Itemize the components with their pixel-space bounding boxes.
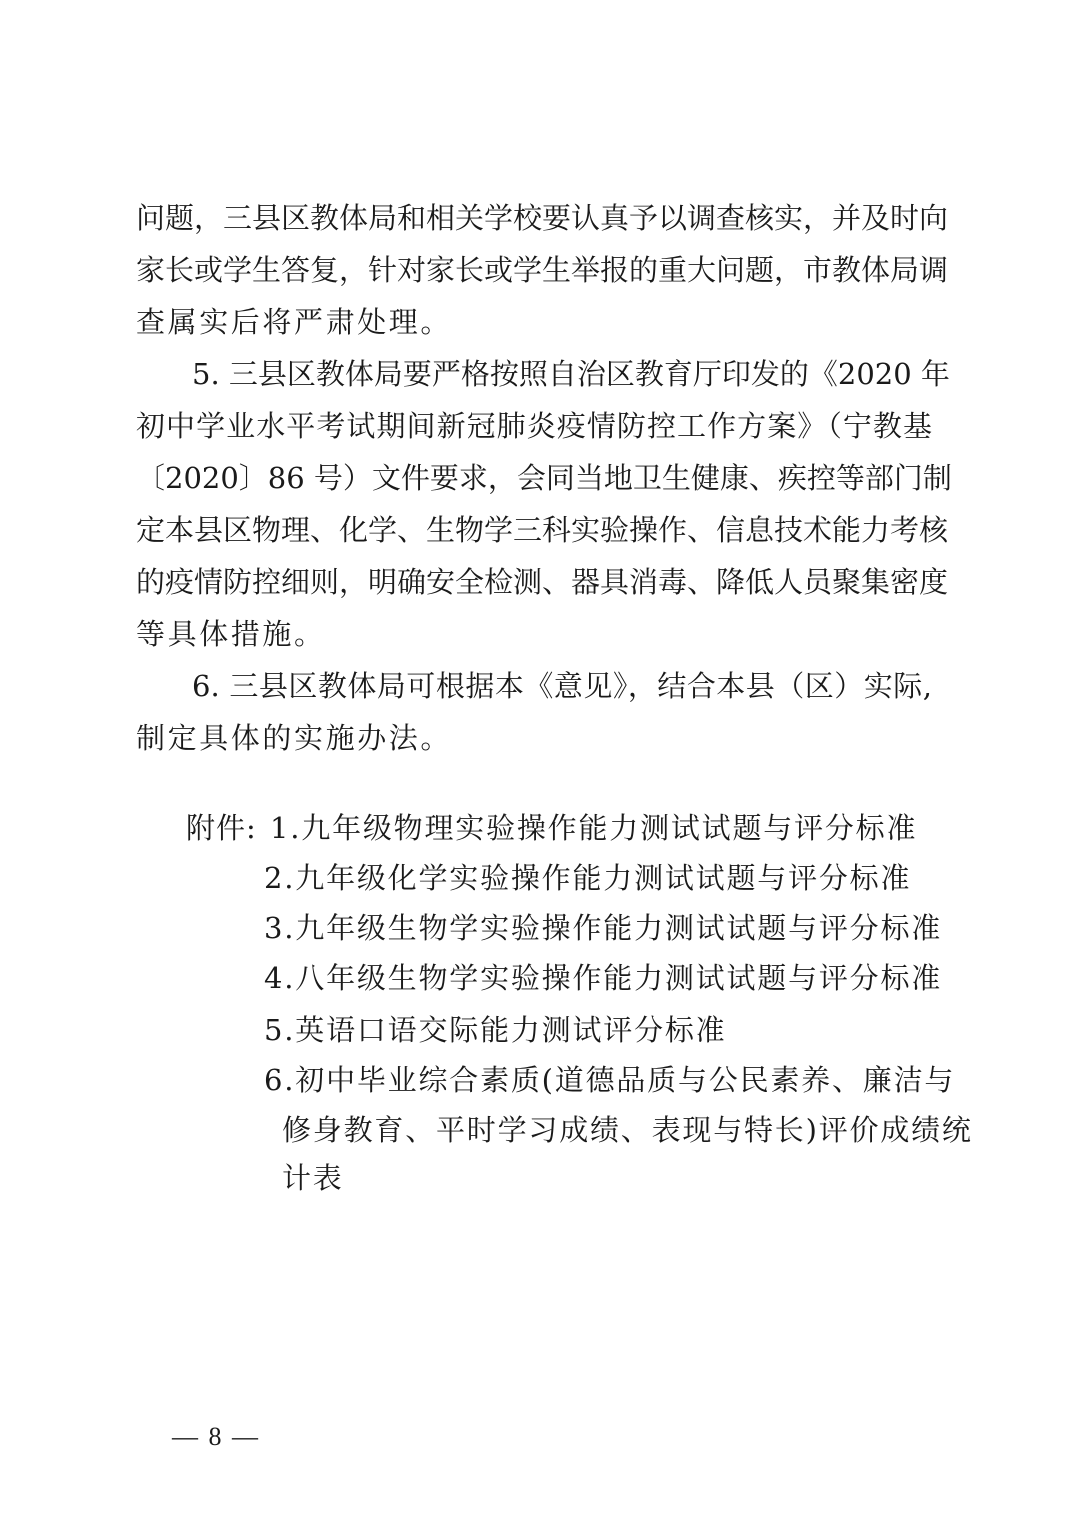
paragraph-line: 家长或学生答复，针对家长或学生举报的重大问题，市教体局调 — [136, 252, 932, 288]
attachment-item-continued: 修身教育、平时学习成绩、表现与特长)评价成绩统 — [282, 1112, 973, 1148]
attachment-item: 3.九年级生物学实验操作能力测试试题与评分标准 — [264, 910, 942, 946]
attachment-item: 4.八年级生物学实验操作能力测试试题与评分标准 — [264, 960, 942, 996]
attachment-item: 1.九年级物理实验操作能力测试试题与评分标准 — [270, 810, 917, 846]
paragraph-line: 查属实后将严肃处理。 — [136, 304, 452, 340]
paragraph-line: 制定具体的实施办法。 — [136, 720, 452, 756]
paragraph-line: 6. 三县区教体局可根据本《意见》，结合本县（区）实际, — [192, 668, 932, 704]
attachment-item: 2.九年级化学实验操作能力测试试题与评分标准 — [264, 860, 911, 896]
paragraph-line: 的疫情防控细则，明确安全检测、器具消毒、降低人员聚集密度 — [136, 564, 932, 600]
paragraph-line: 定本县区物理、化学、生物学三科实验操作、信息技术能力考核 — [136, 512, 932, 548]
attachment-item: 6.初中毕业综合素质(道德品质与公民素养、廉洁与 — [264, 1062, 955, 1098]
attachments-label: 附件: — [186, 810, 257, 846]
attachment-item: 5.英语口语交际能力测试评分标准 — [264, 1012, 726, 1048]
paragraph-line: 等具体措施。 — [136, 616, 326, 652]
attachment-item-continued: 计表 — [282, 1160, 344, 1196]
page-number: — 8 — — [172, 1422, 260, 1452]
paragraph-line: 〔2020〕86 号）文件要求，会同当地卫生健康、疾控等部门制 — [136, 460, 932, 496]
paragraph-line: 初中学业水平考试期间新冠肺炎疫情防控工作方案》（宁教基 — [136, 408, 932, 444]
paragraph-line: 5. 三县区教体局要严格按照自治区教育厅印发的《2020 年 — [192, 356, 932, 392]
paragraph-line: 问题，三县区教体局和相关学校要认真予以调查核实，并及时向 — [136, 200, 932, 236]
